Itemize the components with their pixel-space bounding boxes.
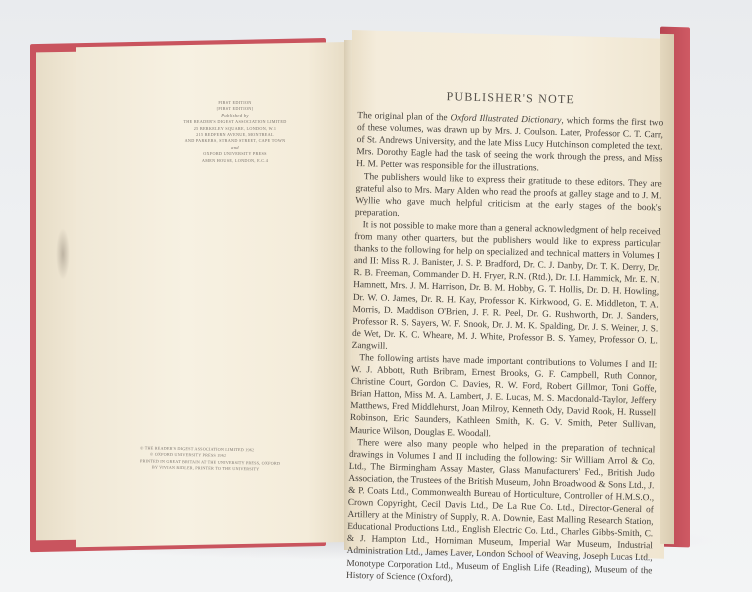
imprint-block: First Edition [First Edition] Published …	[150, 100, 320, 164]
note-paragraph: The original plan of the Oxford Illustra…	[356, 110, 663, 178]
note-paragraph: It is not possible to make more than a g…	[352, 219, 661, 359]
note-paragraph: There were also many people who helped i…	[346, 437, 655, 590]
dictionary-title: Oxford Illustrated Dictionary	[450, 113, 561, 126]
note-paragraph: The publishers would like to express the…	[355, 171, 662, 227]
text-run: The original plan of the	[357, 111, 450, 123]
page-stain	[56, 228, 70, 280]
publisher-line: Amen House, London, E.C.4	[150, 158, 320, 164]
copyright-block: © The Reader's Digest Association Limite…	[140, 445, 330, 474]
note-paragraph: The following artists have made importan…	[349, 352, 657, 444]
publishers-note: PUBLISHER'S NOTE The original plan of th…	[346, 88, 664, 589]
